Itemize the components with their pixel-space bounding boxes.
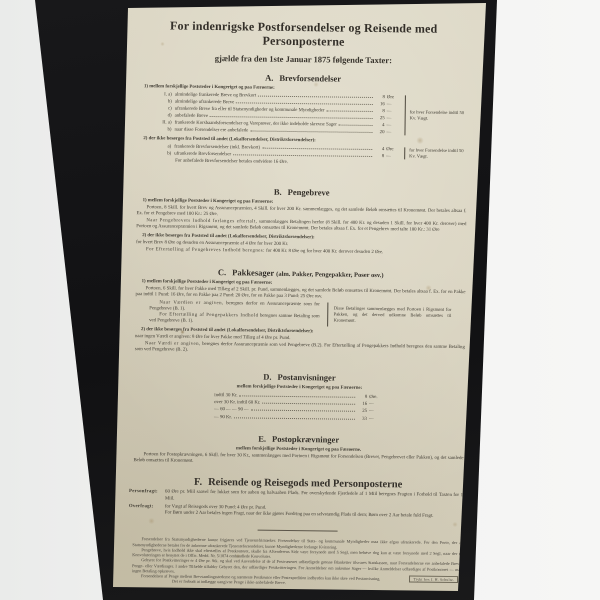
section-e-letter: E.: [258, 434, 266, 444]
row-prefix: d): [154, 113, 175, 119]
row-unit: —: [367, 402, 384, 408]
paragraph-lead: For Eftertælling af Pengebreves Indhold …: [146, 247, 265, 253]
section-c-name-paren: (alm. Pakker, Pengepakker, Poser osv.): [276, 271, 383, 279]
row-unit: Øre: [385, 95, 402, 101]
paragraph-lead: For Eftertælling af Pengepakkers Indhold: [159, 312, 258, 318]
section-b-letter: B.: [274, 186, 282, 196]
row-amount: 25: [375, 116, 385, 122]
section-e-name: Postopkrævninger: [272, 434, 339, 445]
section-c-side-note: Disse Betalinger sammenlægges med Portoe…: [328, 302, 452, 328]
row-amount: 16: [375, 102, 385, 108]
dot-leader: [326, 107, 372, 112]
row-unit: Øre: [384, 147, 401, 153]
row-prefix: b): [154, 99, 175, 105]
dot-leader: [251, 406, 355, 412]
row-label: Personfragt:: [129, 489, 165, 502]
row-unit: —: [384, 130, 401, 136]
section-c-left-column: Naar Værdien er angiven, beregnes derfor…: [149, 300, 328, 327]
row-label: naar disse Forsendelser ere anbefalede: [174, 128, 248, 134]
poster-title-line2: gjælde fra den 1ste Januar 1875 følgende…: [128, 52, 478, 66]
paragraph-lead: Naar Værdien er angiven,: [159, 300, 223, 306]
section-c-letter: C.: [218, 267, 226, 277]
photo-of-poster: For indenrigske Postforsendelser og Reis…: [0, 0, 600, 600]
row-prefix: a): [153, 144, 174, 150]
row-amount: 8: [375, 95, 385, 101]
dot-leader: [250, 127, 372, 133]
section-f-letter: F.: [194, 477, 202, 488]
row-label: ufrankerede Brevforsendelser: [174, 152, 231, 158]
row-amount: 4: [375, 123, 385, 129]
section-c-name: Pakkesager: [232, 268, 274, 279]
section-e-paragraph: Portoen for Postopkrævningen, 6 Skill. f…: [133, 452, 463, 468]
horizontal-divider: [258, 530, 338, 532]
row-label: almindelige ufrankerede Breve: [175, 100, 234, 106]
row-unit: Øre.: [367, 395, 384, 401]
printer-mark: Trykt hos J. H. Schultz.: [409, 575, 458, 583]
dot-leader: [234, 413, 355, 419]
poster-title-line1: For indenrigske Postforsendelser og Reis…: [129, 6, 479, 51]
section-a-name: Brevforsendelser: [279, 72, 341, 83]
row-unit: —: [385, 123, 402, 129]
row-amount: 33: [357, 416, 367, 422]
section-a-rates-1: I. a)almindelige frankerede Breve og Bre…: [153, 91, 467, 137]
row-amount: 8: [357, 395, 367, 401]
dot-leader: [262, 144, 372, 150]
section-a-heading: A.Brevforsendelser: [128, 71, 478, 85]
section-e-heading: E.Postopkrævninger: [124, 432, 474, 446]
row-prefix: b): [153, 127, 174, 133]
paragraph-rest: for 400 Kr. 8 Øre og for hver 400 Kr. de…: [265, 249, 383, 255]
row-unit: —: [385, 109, 402, 115]
rate-brace-note: for hver Forsendelse indtil 50 Kv. Vægt.: [404, 95, 467, 136]
poster-content: For indenrigske Postforsendelser og Reis…: [122, 6, 479, 592]
section-d-name: Postanvisninger: [277, 372, 335, 383]
section-a-letter: A.: [265, 72, 273, 82]
rate-brace-note: for hver Forsendelse indtil 50 Kv. Vægt.: [404, 147, 467, 160]
row-label: Overfragt:: [129, 504, 165, 511]
dot-leader: [210, 113, 373, 120]
section-d-heading: D.Postanvisninger: [124, 370, 474, 384]
dot-leader: [339, 121, 373, 126]
row-prefix: II. a): [154, 120, 175, 126]
row-amount: 4: [374, 147, 384, 153]
paragraph-lead: Naar Værdi er angiven,: [145, 341, 201, 347]
section-d-rates: indtil 30 Kr.8Øre. over 30 Kr. indtil 60…: [214, 391, 384, 422]
row-label: anbefalede Breve: [175, 114, 209, 120]
row-unit: —: [385, 116, 402, 122]
row-unit: —: [367, 409, 384, 415]
section-c-heading: C.Pakkesager (alm. Pakker, Pengepakker, …: [126, 266, 476, 280]
row-prefix: c): [154, 106, 175, 112]
row-amount: 20: [374, 130, 384, 136]
section-c-paragraph: For Eftertælling af Pengepakkers Indhold…: [149, 312, 320, 326]
row-unit: —: [367, 416, 384, 422]
row-label: indtil 30 Kr.: [214, 393, 237, 399]
dot-leader: [233, 151, 372, 157]
row-prefix: I. a): [154, 92, 175, 98]
section-b-name: Pengebreve: [288, 187, 330, 198]
section-c-two-column: Naar Værdien er angiven, beregnes derfor…: [149, 300, 451, 328]
section-c-paragraph: Naar Værdi er angiven, beregnes derfor A…: [135, 341, 465, 357]
dot-leader: [240, 392, 356, 398]
dot-leader: [258, 92, 373, 98]
section-f-row: Personfragt: 60 Øre pr. Miil saavel for …: [129, 489, 463, 506]
row-amount: 16: [357, 402, 367, 408]
row-amount: 8: [374, 154, 384, 160]
row-text: 60 Øre pr. Miil saavel for lukket som fo…: [165, 490, 463, 506]
section-b-paragraph: Naar Pengebrevets Indhold forlanges efte…: [136, 218, 466, 234]
row-label: — 90 Kr.: [214, 415, 232, 421]
section-b-heading: B.Pengebreve: [127, 185, 477, 199]
section-f-name: Reisende og Reisegods med Personposterne: [208, 477, 402, 490]
section-d-letter: D.: [263, 372, 271, 382]
row-amount: 25: [357, 409, 367, 415]
dot-leader: [262, 399, 355, 405]
row-amount: 8: [375, 109, 385, 115]
dot-leader: [236, 99, 373, 105]
row-prefix: b): [153, 151, 174, 157]
row-unit: —: [385, 102, 402, 108]
row-unit: —: [384, 154, 401, 160]
